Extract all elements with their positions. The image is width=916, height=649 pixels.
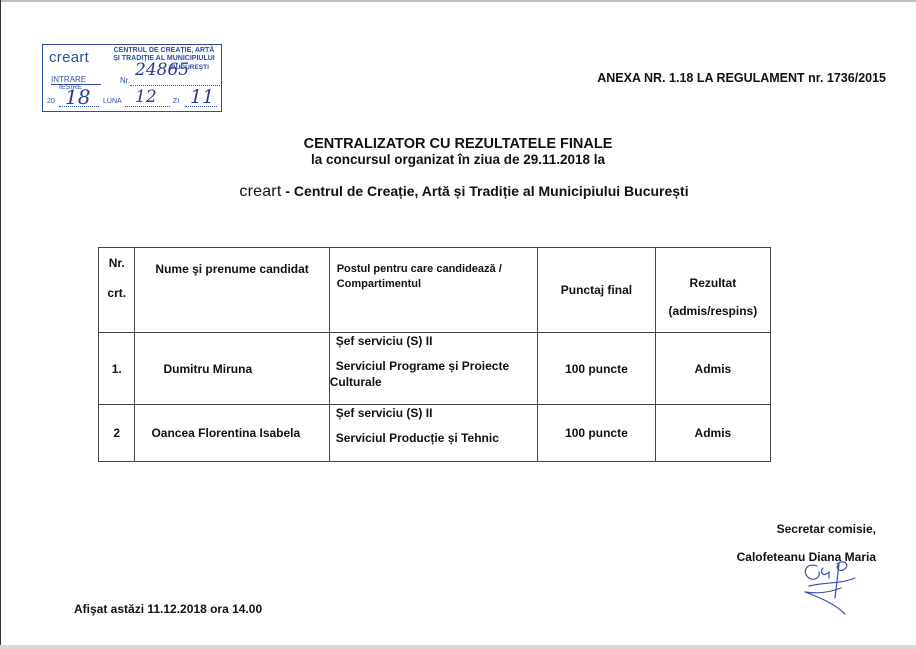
cell-post: Șef serviciu (S) II Serviciul Producție … [329,405,537,462]
cell-result: Admis [655,333,770,405]
stamp-nr-label: Nr. [120,76,130,85]
header-result: Rezultat (admis/respins) [655,248,770,333]
stamp-year-value: 18 [65,85,90,109]
cell-score: 100 puncte [538,333,656,405]
registration-stamp: creart CENTRUL DE CREAȚIE, ARTĂ ȘI TRADI… [42,44,222,112]
stamp-zi-value: 11 [190,86,214,108]
header-name: Nume şi prenume candidat [135,248,329,333]
cell-nr: 2 [99,405,135,462]
cell-score: 100 puncte [538,405,656,462]
page-edge-top [0,0,916,2]
header-result-line2: (admis/respins) [656,297,770,325]
institution-heading: creart - Centrul de Creație, Artă și Tra… [6,183,916,201]
header-post: Postul pentru care candidează / Comparti… [329,248,537,333]
stamp-year-prefix: 20 [47,98,55,105]
stamp-zi-label: ZI [173,98,179,105]
header-nr: Nr. crt. [99,248,135,333]
table-row: 2 Oancea Florentina Isabela Șef serviciu… [99,405,771,462]
stamp-luna-label: LUNA [103,98,122,105]
page-edge-left [0,0,1,649]
stamp-institution-line1: CENTRUL DE CREAȚIE, ARTĂ [105,47,223,55]
institution-name: - Centrul de Creație, Artă și Tradiție a… [281,183,688,199]
handwritten-signature-icon [795,558,875,618]
cell-nr: 1. [99,333,135,405]
table-header-row: Nr. crt. Nume şi prenume candidat Postul… [99,248,771,333]
cell-department-line1: Serviciul Producție și Tehnic [330,430,537,446]
posting-notice: Afişat astăzi 11.12.2018 ora 14.00 [74,602,262,616]
header-post-line1: Postul pentru care candidează / [337,262,537,277]
annex-reference: ANEXA NR. 1.18 LA REGULAMENT nr. 1736/20… [597,71,886,85]
results-table: Nr. crt. Nume şi prenume candidat Postul… [98,247,771,462]
document-title: CENTRALIZATOR CU REZULTATELE FINALE [0,136,916,152]
cell-name: Dumitru Miruna [135,333,329,405]
table-row: 1. Dumitru Miruna Șef serviciu (S) II Se… [99,333,771,405]
cell-post-title: Șef serviciu (S) II [330,405,537,421]
brand-logo-text: creart [239,183,281,200]
stamp-luna-value: 12 [135,87,157,107]
cell-post-title: Șef serviciu (S) II [330,333,537,349]
stamp-logo: creart [49,49,89,66]
header-nr-line1: Nr. [99,248,134,278]
page-edge-bottom [0,645,916,649]
stamp-nr-value: 24865 [135,60,189,80]
cell-name: Oancea Florentina Isabela [135,405,329,462]
header-result-line1: Rezultat [656,269,770,297]
signatory-role: Secretar comisie, [777,522,876,536]
header-post-line2: Compartimentul [337,277,537,292]
cell-post: Șef serviciu (S) II Serviciul Programe ș… [329,333,537,405]
header-score: Punctaj final [538,248,656,333]
document-subtitle: la concursul organizat în ziua de 29.11.… [0,152,916,167]
header-nr-line2: crt. [99,278,134,308]
cell-result: Admis [655,405,770,462]
cell-department-line2: Culturale [330,374,537,390]
cell-department-line1: Serviciul Programe și Proiecte [330,358,537,374]
